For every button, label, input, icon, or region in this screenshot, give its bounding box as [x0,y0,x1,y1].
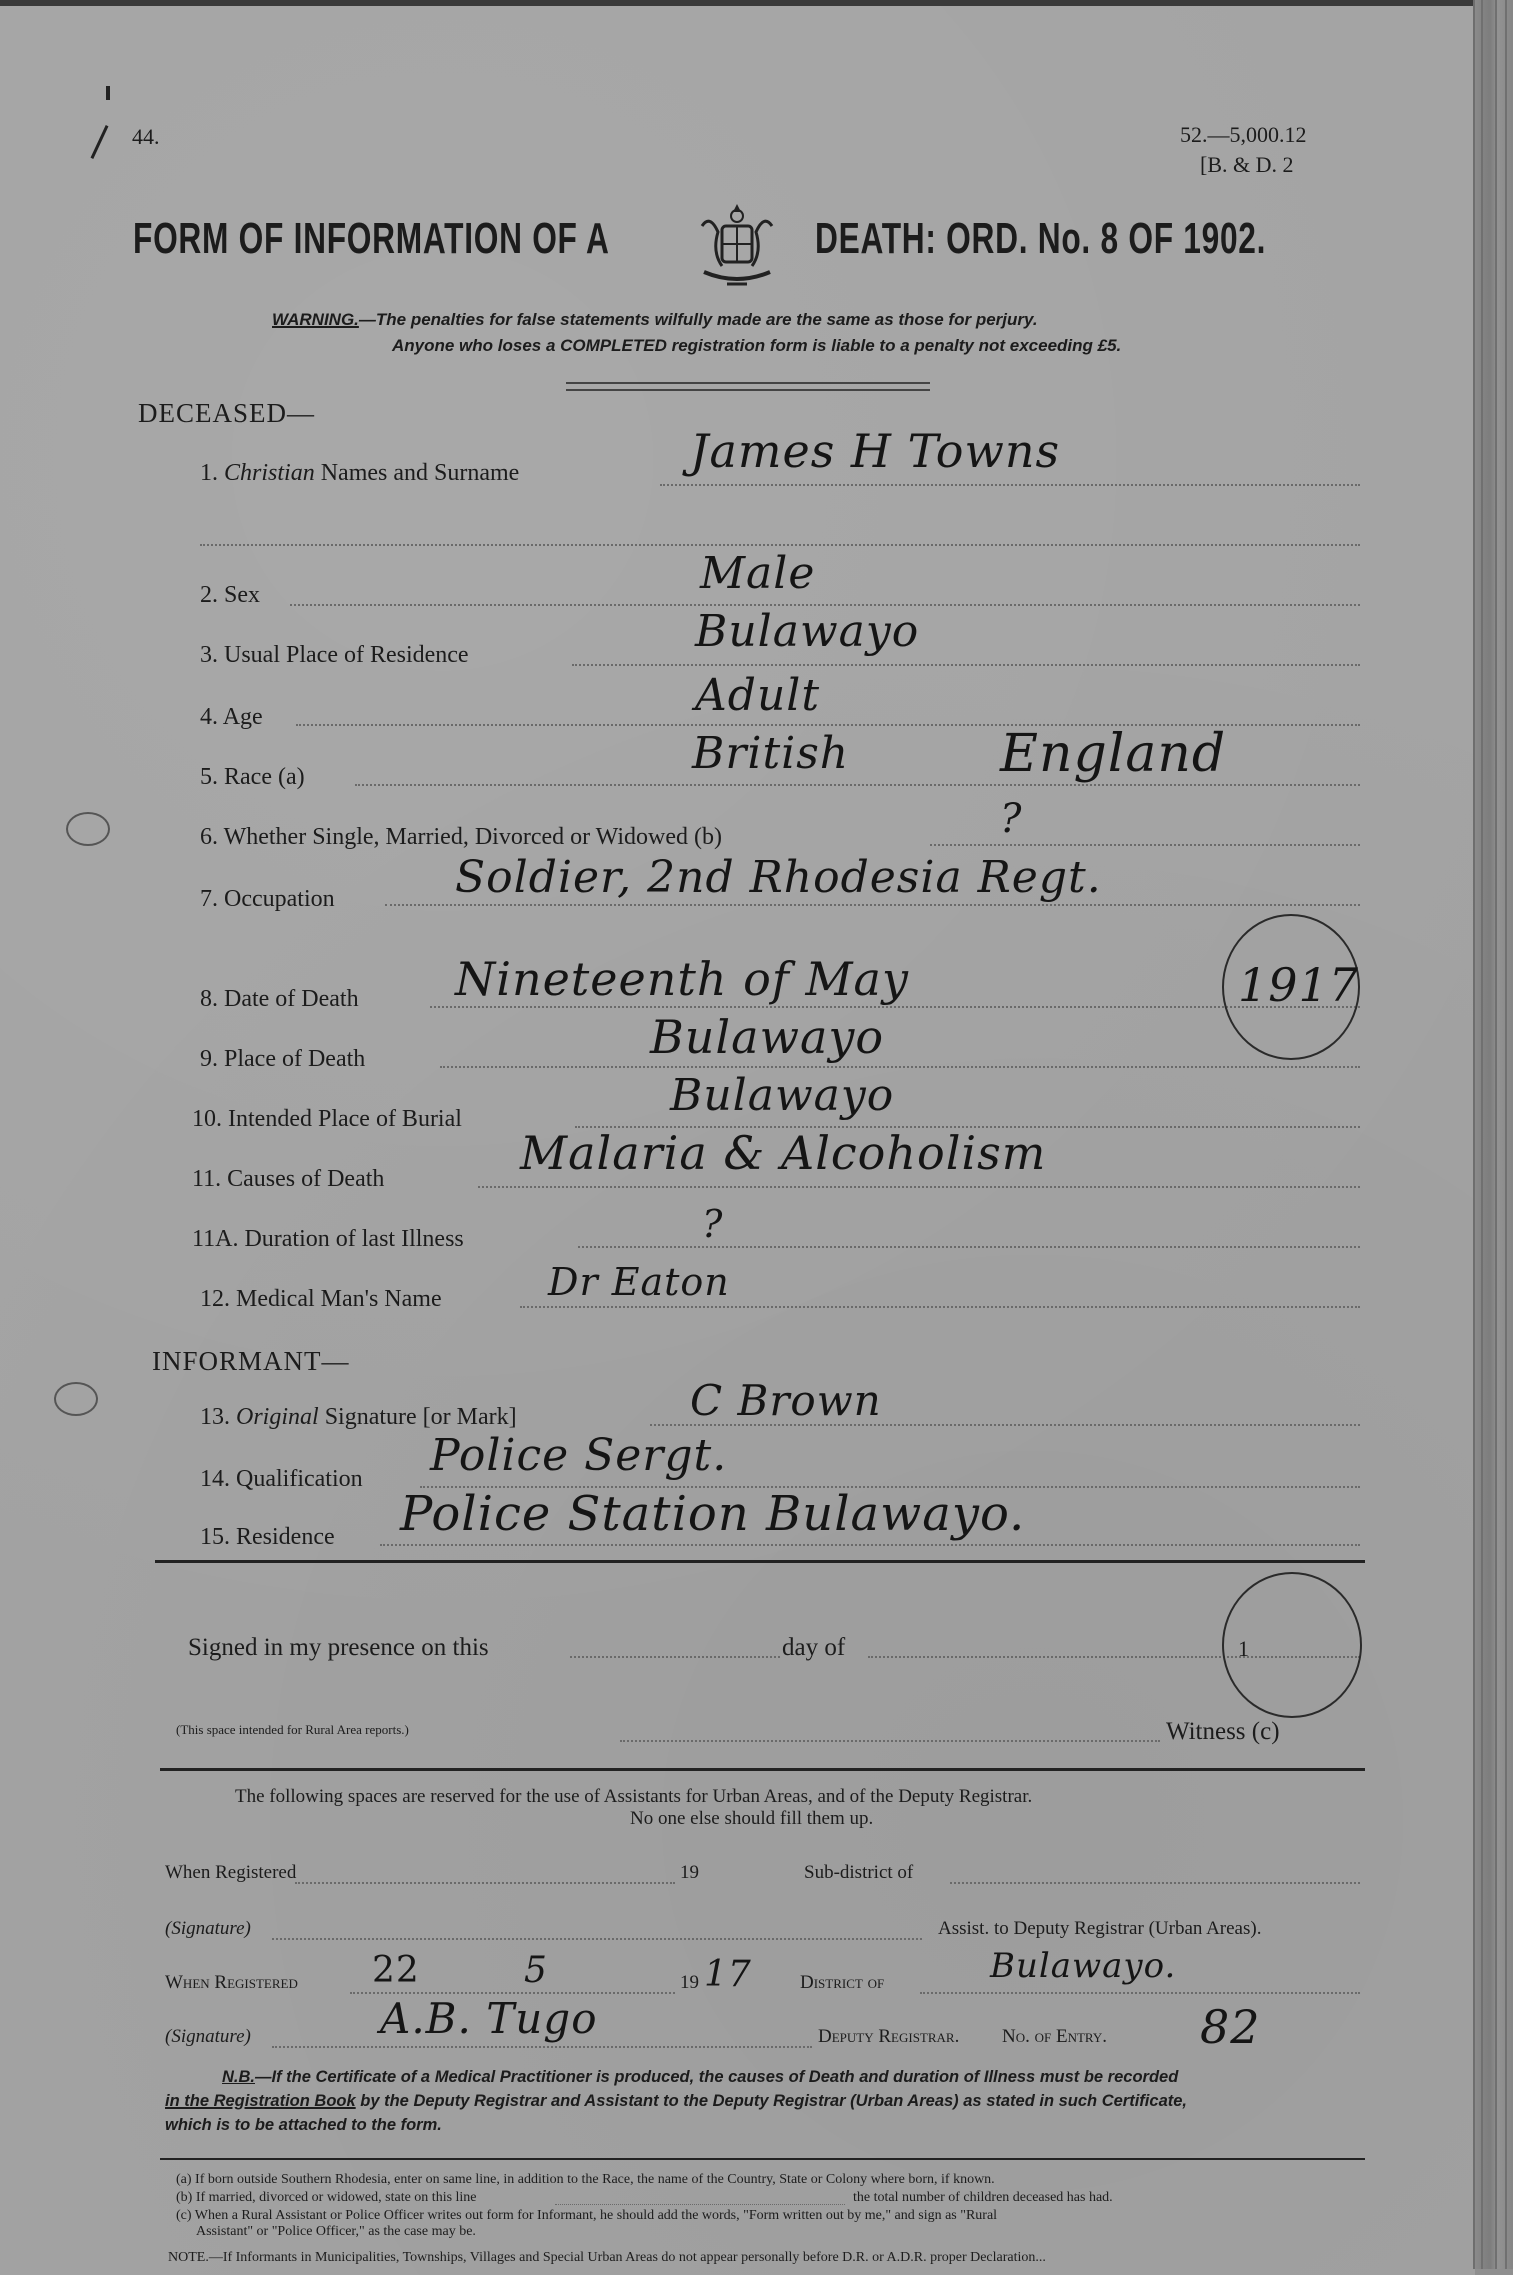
field-8-year: 1917 [1238,958,1359,1012]
field-9-value: Bulawayo [650,1010,884,1064]
punch-hole-bottom [54,1382,98,1416]
form-title-right: DEATH: ORD. No. 8 OF 1902. [815,214,1266,264]
field-9-label: 9. Place of Death [200,1046,365,1073]
field-15-line [380,1544,1360,1546]
witness-label: Witness (c) [1166,1718,1280,1746]
field-5-line [355,784,1360,786]
punch-hole-top [66,812,110,846]
deputy-registrar-label: Deputy Registrar. [818,2026,959,2048]
deputy-signature-line [272,2046,812,2048]
bottom-note: NOTE.—If Informants in Municipalities, T… [168,2250,1046,2266]
field-4-value: Adult [695,670,820,721]
nb-line-3: which is to be attached to the form. [165,2116,442,2135]
registered-day: 22 [372,1950,420,1991]
reserved-note-line-2: No one else should fill them up. [630,1808,873,1830]
urban-assistant-label: Assist. to Deputy Registrar (Urban Areas… [938,1918,1261,1940]
sub-district-label: Sub-district of [804,1862,913,1884]
field-14-value: Police Sergt. [430,1430,727,1481]
reserved-note-line-1: The following spaces are reserved for th… [235,1786,1032,1808]
field-13-value: C Brown [690,1376,882,1425]
registered-year-suffix: 17 [704,1954,752,1995]
nb-line-1: N.B.—If the Certificate of a Medical Pra… [222,2068,1178,2087]
field-11a-label: 11A. Duration of last Illness [192,1226,464,1253]
signed-presence-text: Signed in my presence on this [188,1634,489,1662]
field-10-label: 10. Intended Place of Burial [192,1106,462,1133]
field-4-label: 4. Age [200,704,263,731]
footnote-b-right: the total number of children deceased ha… [853,2190,1113,2206]
sub-district-line [950,1882,1360,1884]
field-6-label: 6. Whether Single, Married, Divorced or … [200,824,722,851]
field-14-label: 14. Qualification [200,1466,363,1493]
field-5-value: British [692,728,849,779]
field-2-label: 2. Sex [200,582,260,609]
field-12-label: 12. Medical Man's Name [200,1286,442,1313]
urban-signature-line [272,1938,922,1940]
field-8-line [430,1006,1360,1008]
deputy-signature-label: (Signature) [165,2026,251,2048]
field-12-line [520,1306,1360,1308]
notes-divider [160,2158,1365,2160]
field-6-value: ? [1000,796,1022,842]
field-1-continuation-line [200,544,1360,546]
field-3-value: Bulawayo [695,606,919,657]
entry-number-value: 82 [1200,2000,1261,2054]
field-8-value: Nineteenth of May [455,952,909,1006]
registered-month: 5 [524,1950,548,1991]
field-10-value: Bulawayo [670,1070,894,1121]
coat-of-arms-icon [692,196,782,296]
entry-number-label: No. of Entry. [1002,2026,1107,2048]
warning-line-2: Anyone who loses a COMPLETED registratio… [392,336,1121,356]
field-5-label: 5. Race (a) [200,764,305,791]
urban-when-registered-line [295,1882,675,1884]
deputy-signature-value: A.B. Tugo [380,1994,597,2043]
print-code: 52.—5,000.12 [1180,122,1307,148]
warning-line-1: WARNING.—The penalties for false stateme… [272,310,1038,330]
field-9-line [440,1066,1360,1068]
field-13-label: 13. Original Signature [or Mark] [200,1404,517,1431]
footnote-b-left: (b) If married, divorced or widowed, sta… [176,2190,477,2206]
day-of-label: day of [782,1634,845,1662]
signed-day-line [570,1656,780,1658]
informant-divider [155,1560,1365,1563]
urban-signature-label: (Signature) [165,1918,251,1940]
footnote-c-line-2: Assistant" or "Police Officer," as the c… [196,2224,476,2240]
field-2-value: Male [700,548,815,599]
witness-line [620,1740,1160,1742]
witness-divider [160,1768,1365,1771]
registered-year-prefix: 19 [680,1972,699,1994]
informant-heading: INFORMANT— [152,1346,350,1377]
witness-year-prefix: 1 [1238,1636,1249,1662]
district-value: Bulawayo. [990,1946,1176,1986]
field-7-label: 7. Occupation [200,886,335,913]
field-1-label: 1. Christian Names and Surname [200,460,519,487]
field-11-line [478,1186,1360,1188]
when-registered-label: When Registered [165,1972,298,1994]
deceased-heading: DECEASED— [138,398,315,429]
district-line [920,1992,1360,1994]
field-1-line [660,484,1360,486]
nb-line-2: in the Registration Book by the Deputy R… [165,2092,1187,2111]
form-title-left: FORM OF INFORMATION OF A [133,214,610,264]
page-edge [1473,0,1513,2269]
death-registration-form: 44. 52.—5,000.12 [B. & D. 2 FORM OF INFO… [0,0,1475,2269]
field-3-line [572,664,1360,666]
series-code: [B. & D. 2 [1200,152,1294,178]
field-8-label: 8. Date of Death [200,986,359,1013]
district-label: District of [800,1972,884,1994]
footnote-a: (a) If born outside Southern Rhodesia, e… [176,2172,995,2188]
footnote-b-line [555,2204,845,2205]
pencil-mark [92,86,120,156]
field-6-line [930,844,1360,846]
field-12-value: Dr Eaton [548,1260,730,1304]
field-1-value: James H Towns [690,424,1060,478]
rural-area-note: (This space intended for Rural Area repo… [176,1722,409,1738]
form-number: 44. [132,124,160,150]
field-5-birthplace: England [1000,724,1226,784]
warning-label: WARNING. [272,310,359,329]
field-11-label: 11. Causes of Death [192,1166,384,1193]
field-15-value: Police Station Bulawayo. [400,1486,1025,1542]
field-11a-value: ? [702,1202,723,1246]
urban-year-prefix: 19 [680,1862,699,1884]
field-15-label: 15. Residence [200,1524,335,1551]
header-divider [566,382,930,391]
urban-when-registered-label: When Registered [165,1862,296,1884]
field-7-line [385,904,1360,906]
field-7-value: Soldier, 2nd Rhodesia Regt. [455,852,1102,903]
field-11a-line [578,1246,1360,1248]
field-3-label: 3. Usual Place of Residence [200,642,469,669]
field-11-value: Malaria & Alcoholism [520,1126,1046,1180]
footnote-c-line-1: (c) When a Rural Assistant or Police Off… [176,2208,997,2224]
